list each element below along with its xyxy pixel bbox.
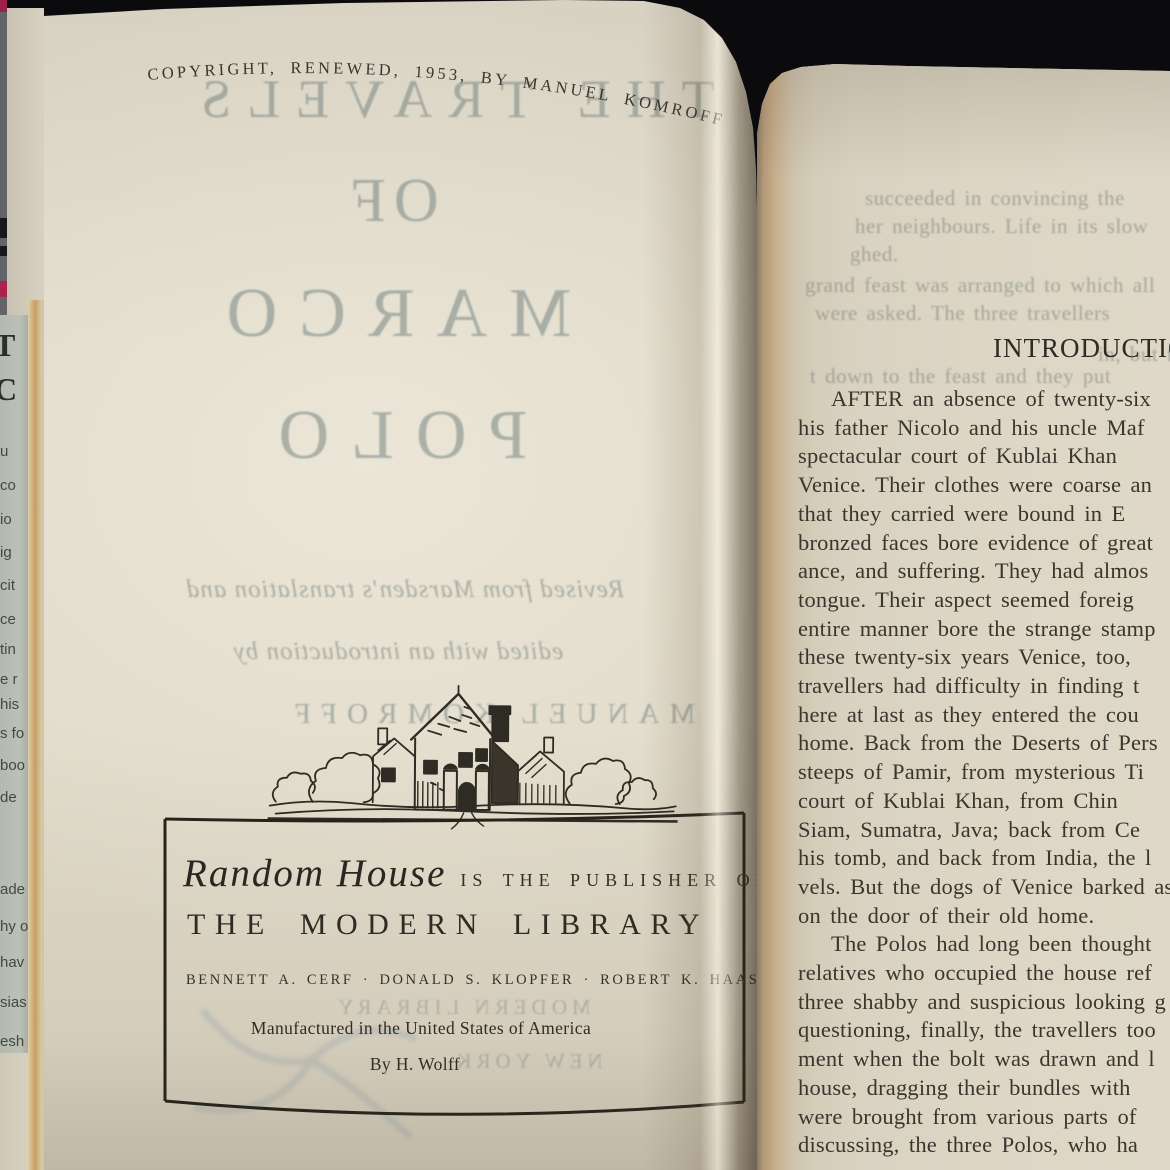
flap-text-fragment: his [0, 696, 19, 713]
flap-letter: C [0, 371, 17, 408]
publisher-line: Random HouseIS THE PUBLISHER OF [183, 851, 772, 896]
body-text-line: here at last as they entered the cou [798, 702, 1139, 728]
flap-text-fragment: s fo [0, 725, 24, 742]
page-shading [757, 60, 1170, 180]
svg-text:COPYRIGHT, RENEWED, 1953, BY M: COPYRIGHT, RENEWED, 1953, BY MANUEL KOMR… [147, 58, 727, 129]
ghost-text-line: her neighbours. Life in its slow [855, 214, 1148, 239]
flap-text-fragment: de [0, 789, 17, 806]
jacket-flap-edge: T C u co io ig cit ce tin e r his s fo b… [0, 315, 28, 1055]
body-text-line: vels. But the dogs of Venice barked as [798, 874, 1170, 900]
flap-text-fragment: hy o [0, 918, 28, 935]
copyright-arc: COPYRIGHT, RENEWED, 1953, BY MANUEL KOMR… [130, 42, 810, 157]
flap-text-fragment: esh [0, 1033, 24, 1050]
partners-line: BENNETT A. CERF · DONALD S. KLOPFER · RO… [186, 972, 759, 989]
flap-text-fragment: ade [0, 881, 25, 898]
dark-edge-mark [0, 246, 7, 256]
body-text-line: spectacular court of Kublai Khan [798, 443, 1117, 469]
ghost-imprint-line: NEW YORK [451, 1049, 602, 1074]
ghost-imprint-line: MODERN LIBRARY [333, 995, 590, 1020]
imprint-line: THE MODERN LIBRARY [187, 908, 709, 942]
red-edge-mark [0, 281, 7, 297]
body-text-line: AFTER an absence of twenty-six [831, 386, 1151, 412]
dark-edge-mark [0, 218, 7, 238]
ghost-title-line: OF [343, 166, 438, 237]
page-edge-paper [7, 8, 44, 318]
body-text-line: The Polos had long been thought [831, 931, 1152, 957]
body-text-line: tongue. Their aspect seemed foreig [798, 587, 1134, 613]
ghost-text-line: ghed. [850, 242, 899, 267]
ghost-credit-line: edited with an introduction by [233, 638, 563, 666]
ghost-credit-line: Revised from Marsden's translation and [186, 576, 624, 604]
ghost-title-line: POLO [257, 396, 528, 476]
flap-text-fragment: tin [0, 641, 16, 658]
body-text-line: questioning, finally, the travellers too [798, 1017, 1156, 1043]
flap-text-fragment: co [0, 477, 16, 494]
book-photo: { "photo": { "background_color": "#0b0b0… [0, 0, 1170, 1170]
body-text-line: ance, and suffering. They had almos [798, 558, 1148, 584]
flap-text-fragment: ig [0, 544, 12, 561]
body-text-line: his tomb, and back from India, the l [798, 845, 1152, 871]
body-text-line: Siam, Sumatra, Java; back from Ce [798, 817, 1140, 843]
publisher-caps-tail: IS THE PUBLISHER OF [460, 870, 771, 890]
body-text-line: entire manner bore the strange stamp [798, 616, 1156, 642]
body-text-line: that they carried were bound in E [798, 501, 1125, 527]
body-text-line: were brought from various parts of [798, 1104, 1137, 1130]
introduction-heading: INTRODUCTION [993, 333, 1170, 364]
page-edge-paper [0, 1053, 28, 1170]
body-text-line: court of Kublai Khan, from Chin [798, 788, 1118, 814]
flap-text-fragment: hav [0, 954, 24, 971]
flap-text-fragment: u [0, 443, 8, 460]
ghost-text-line: grand feast was arranged to which all [805, 273, 1155, 298]
right-page: succeeded in convincing the her neighbou… [757, 0, 1170, 1170]
ghost-title-line: MARCO [205, 274, 572, 354]
body-text-line: relatives who occupied the house ref [798, 960, 1152, 986]
left-page: THE TRAVELS OF MARCO POLO Revised from M… [44, 0, 757, 1170]
body-text-line: his father Nicolo and his uncle Maf [798, 415, 1145, 441]
flap-text-fragment: boo [0, 757, 25, 774]
body-text-line: steeps of Pamir, from mysterious Ti [798, 759, 1144, 785]
page-edge-tan-strip [28, 300, 44, 1170]
manufacture-line: Manufactured in the United States of Ame… [251, 1018, 591, 1039]
body-text-line: house, dragging their bundles with [798, 1075, 1131, 1101]
body-text-line: bronzed faces bore evidence of great [798, 530, 1153, 556]
flap-letter: T [0, 327, 15, 364]
body-text-line: three shabby and suspicious looking g [798, 989, 1166, 1015]
printer-line: By H. Wolff [370, 1054, 460, 1075]
book-edge-strip [0, 0, 7, 322]
flap-text-fragment: cit [0, 577, 15, 594]
body-text-line: ment when the bolt was drawn and l [798, 1046, 1155, 1072]
ghost-text-line: were asked. The three travellers [815, 301, 1110, 326]
body-text-line: travellers had difficulty in finding t [798, 673, 1139, 699]
red-edge-mark [0, 0, 7, 12]
copyright-text: COPYRIGHT, RENEWED, 1953, BY MANUEL KOMR… [147, 58, 727, 129]
body-text-line: home. Back from the Deserts of Pers [798, 730, 1158, 756]
body-text-line: Venice. Their clothes were coarse an [798, 472, 1152, 498]
body-text-line: discussing, the three Polos, who ha [798, 1132, 1138, 1158]
flap-text-fragment: e r [0, 671, 18, 688]
flap-text-fragment: ce [0, 611, 16, 628]
random-house-script-name: Random House [183, 852, 446, 895]
ghost-text-line: succeeded in convincing the [865, 186, 1125, 211]
body-text-line: these twenty-six years Venice, too, [798, 644, 1131, 670]
body-text-line: on the door of their old home. [798, 903, 1094, 929]
flap-text-fragment: io [0, 511, 12, 528]
flap-text-fragment: sias [0, 994, 27, 1011]
